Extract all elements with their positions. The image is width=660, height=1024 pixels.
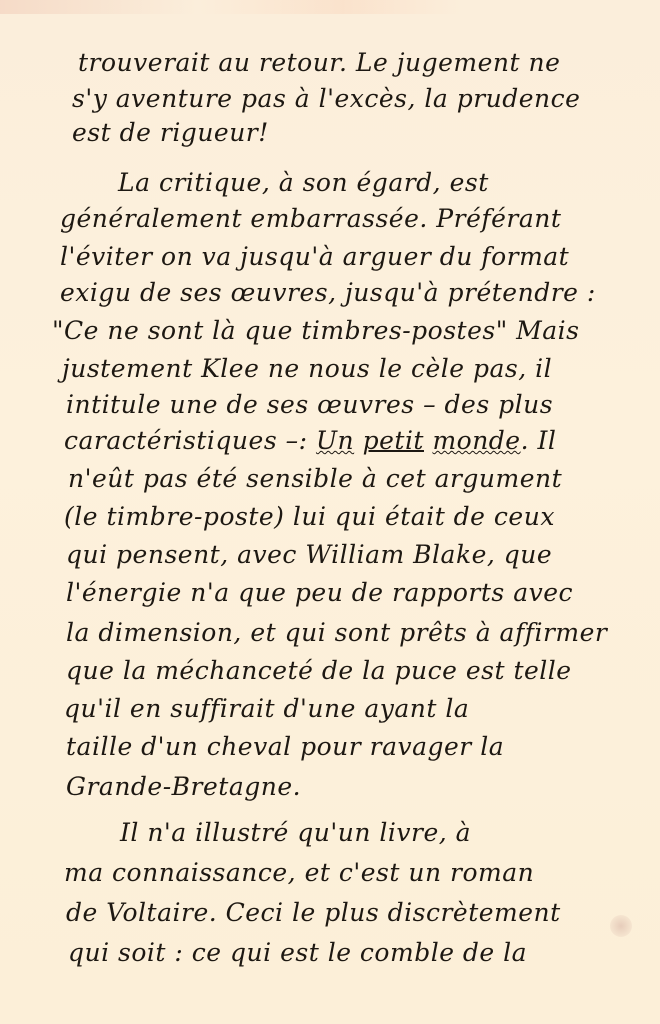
text-line: qui soit : ce qui est le comble de la: [68, 938, 527, 967]
text-line: de Voltaire. Ceci le plus discrètement: [66, 898, 561, 927]
text-line: (le timbre-poste) lui qui était de ceux: [64, 502, 555, 531]
text-line: caractéristiques –: Un petit monde. Il: [64, 426, 556, 455]
paper-stain: [0, 0, 660, 14]
underlined-title-word: monde: [432, 426, 520, 455]
ink-smudge: [610, 915, 632, 937]
text-line: n'eût pas été sensible à cet argument: [68, 464, 562, 493]
underlined-title-word: petit: [363, 426, 424, 455]
text-line: qui pensent, avec William Blake, que: [66, 540, 552, 569]
underlined-title-word: Un: [316, 426, 354, 455]
text-line: taille d'un cheval pour ravager la: [66, 732, 504, 761]
text-line: trouverait au retour. Le jugement ne: [78, 48, 560, 77]
text-line: est de rigueur!: [72, 118, 269, 147]
manuscript-page: trouverait au retour. Le jugement ne s'y…: [0, 0, 660, 1024]
text-line: La critique, à son égard, est: [118, 168, 489, 197]
text-line: justement Klee ne nous le cèle pas, il: [62, 354, 552, 383]
text-segment: caractéristiques –:: [64, 426, 316, 455]
text-line: l'énergie n'a que peu de rapports avec: [66, 578, 573, 607]
text-line: généralement embarrassée. Préférant: [60, 204, 561, 233]
text-line: s'y aventure pas à l'excès, la prudence: [72, 84, 580, 113]
text-line: Grande-Bretagne.: [66, 772, 301, 801]
text-line: qu'il en suffirait d'une ayant la: [64, 694, 469, 723]
text-line: que la méchanceté de la puce est telle: [66, 656, 572, 685]
text-line: ma connaissance, et c'est un roman: [64, 858, 534, 887]
text-line: "Ce ne sont là que timbres-postes" Mais: [52, 316, 579, 345]
text-line: exigu de ses œuvres, jusqu'à prétendre :: [60, 278, 596, 307]
text-line: intitule une de ses œuvres – des plus: [66, 390, 553, 419]
text-segment: . Il: [521, 426, 557, 455]
text-line: Il n'a illustré qu'un livre, à: [120, 818, 471, 847]
text-line: la dimension, et qui sont prêts à affirm…: [66, 618, 607, 647]
text-line: l'éviter on va jusqu'à arguer du format: [60, 242, 569, 271]
